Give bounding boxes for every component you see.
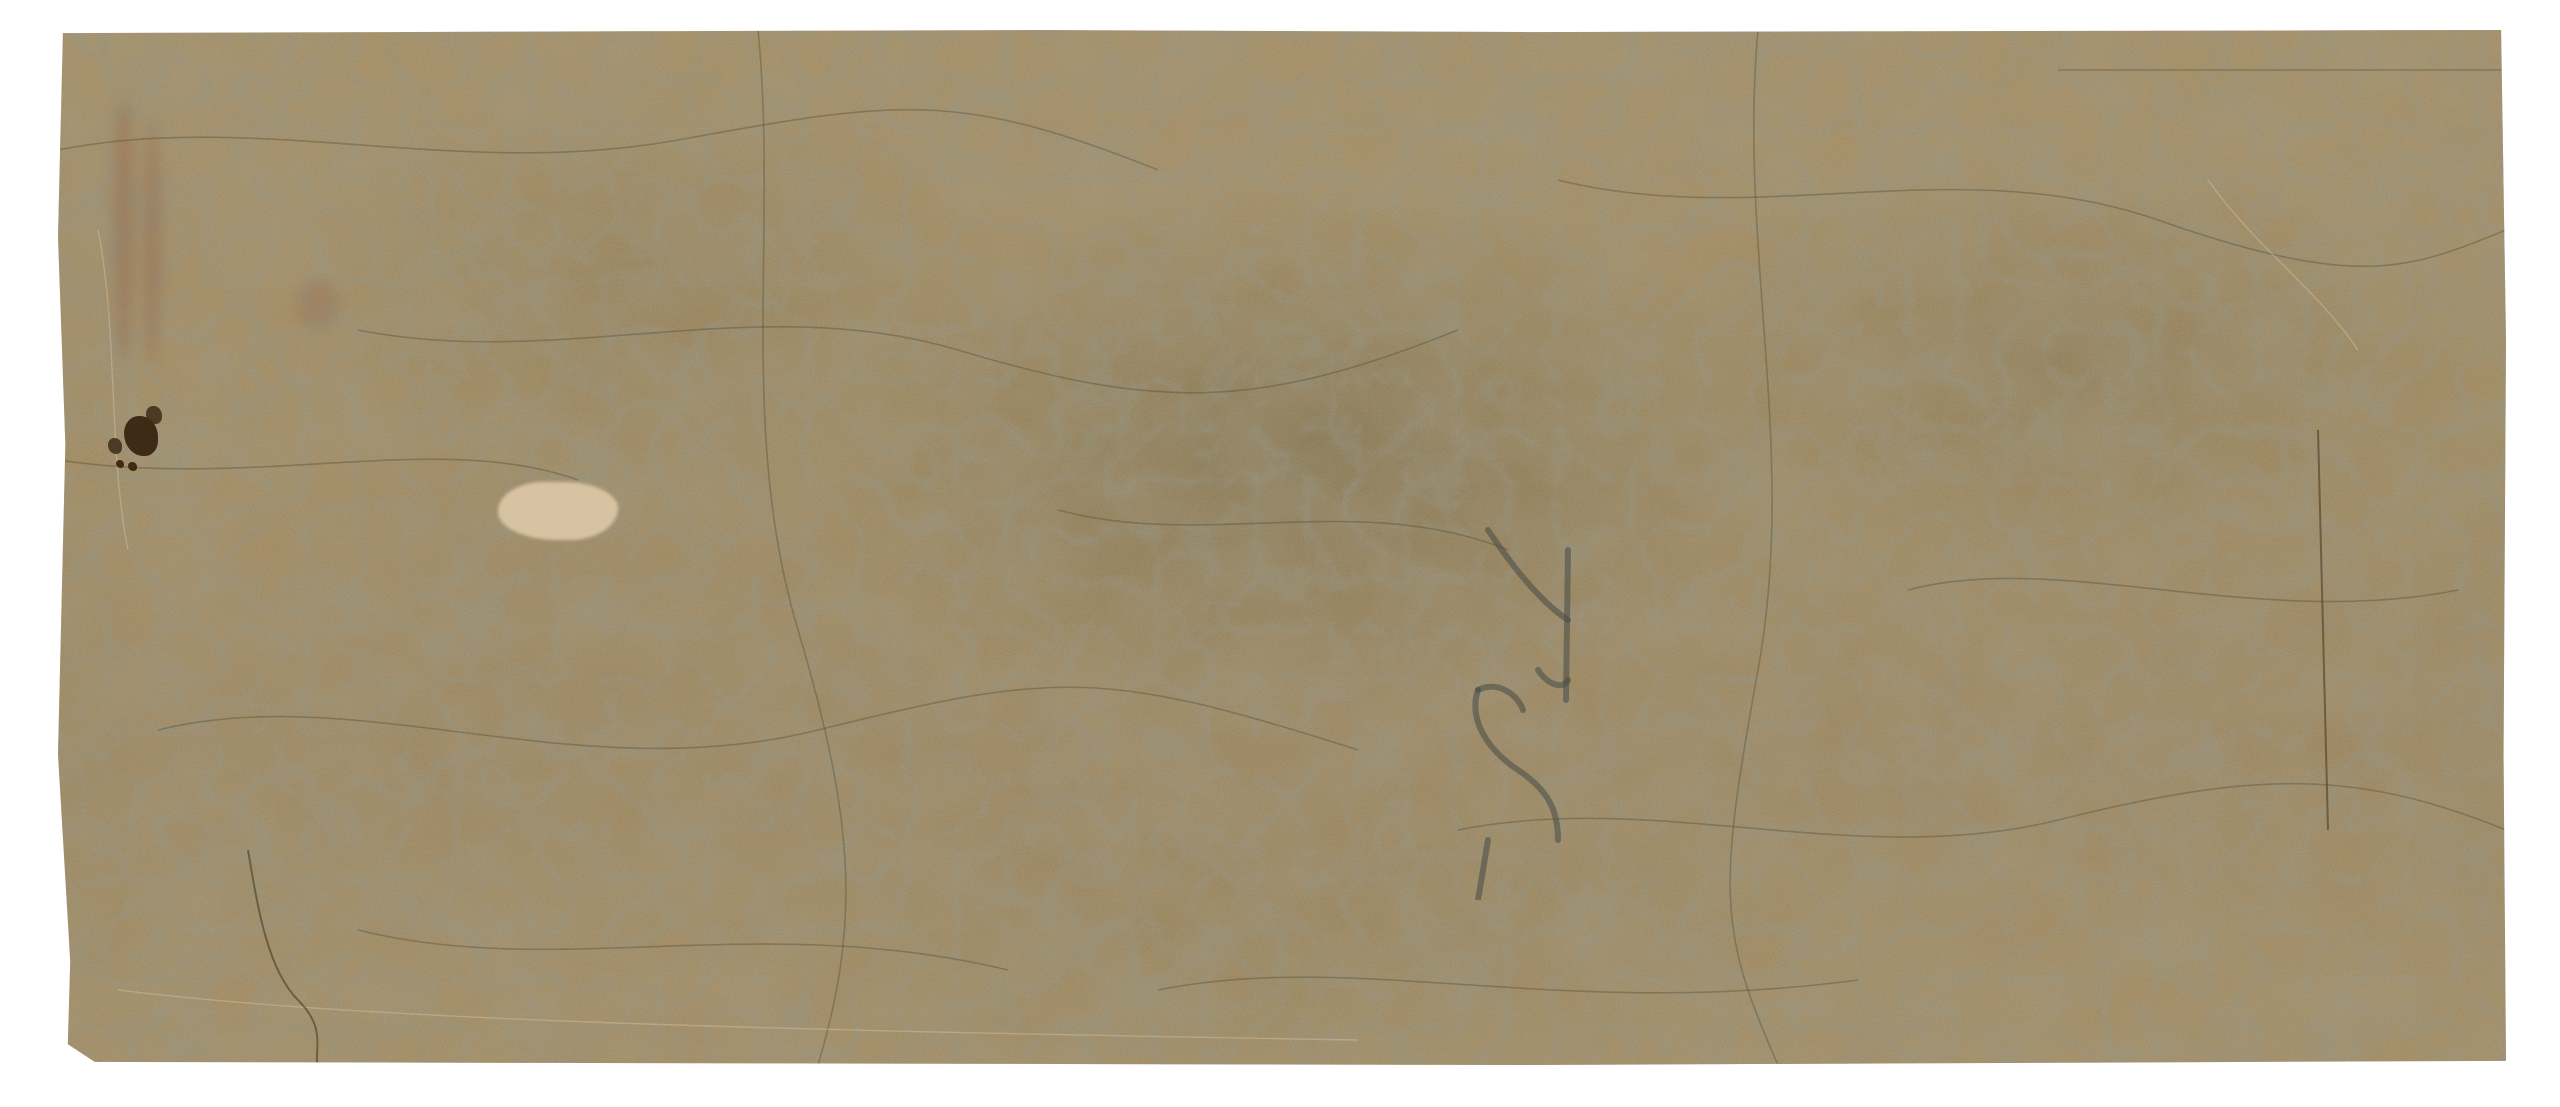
pencil-marking	[1448, 520, 1668, 900]
red-stain	[143, 120, 161, 360]
banknote-reverse	[58, 30, 2506, 1065]
red-stain	[298, 280, 338, 330]
ink-stain	[102, 402, 172, 482]
light-patch	[498, 482, 618, 540]
red-stain	[113, 100, 135, 360]
scan-background	[0, 0, 2560, 1107]
crease-bottom-left	[238, 850, 358, 1065]
crease-right	[2308, 430, 2348, 830]
paper-crackle-texture	[58, 30, 2506, 1065]
